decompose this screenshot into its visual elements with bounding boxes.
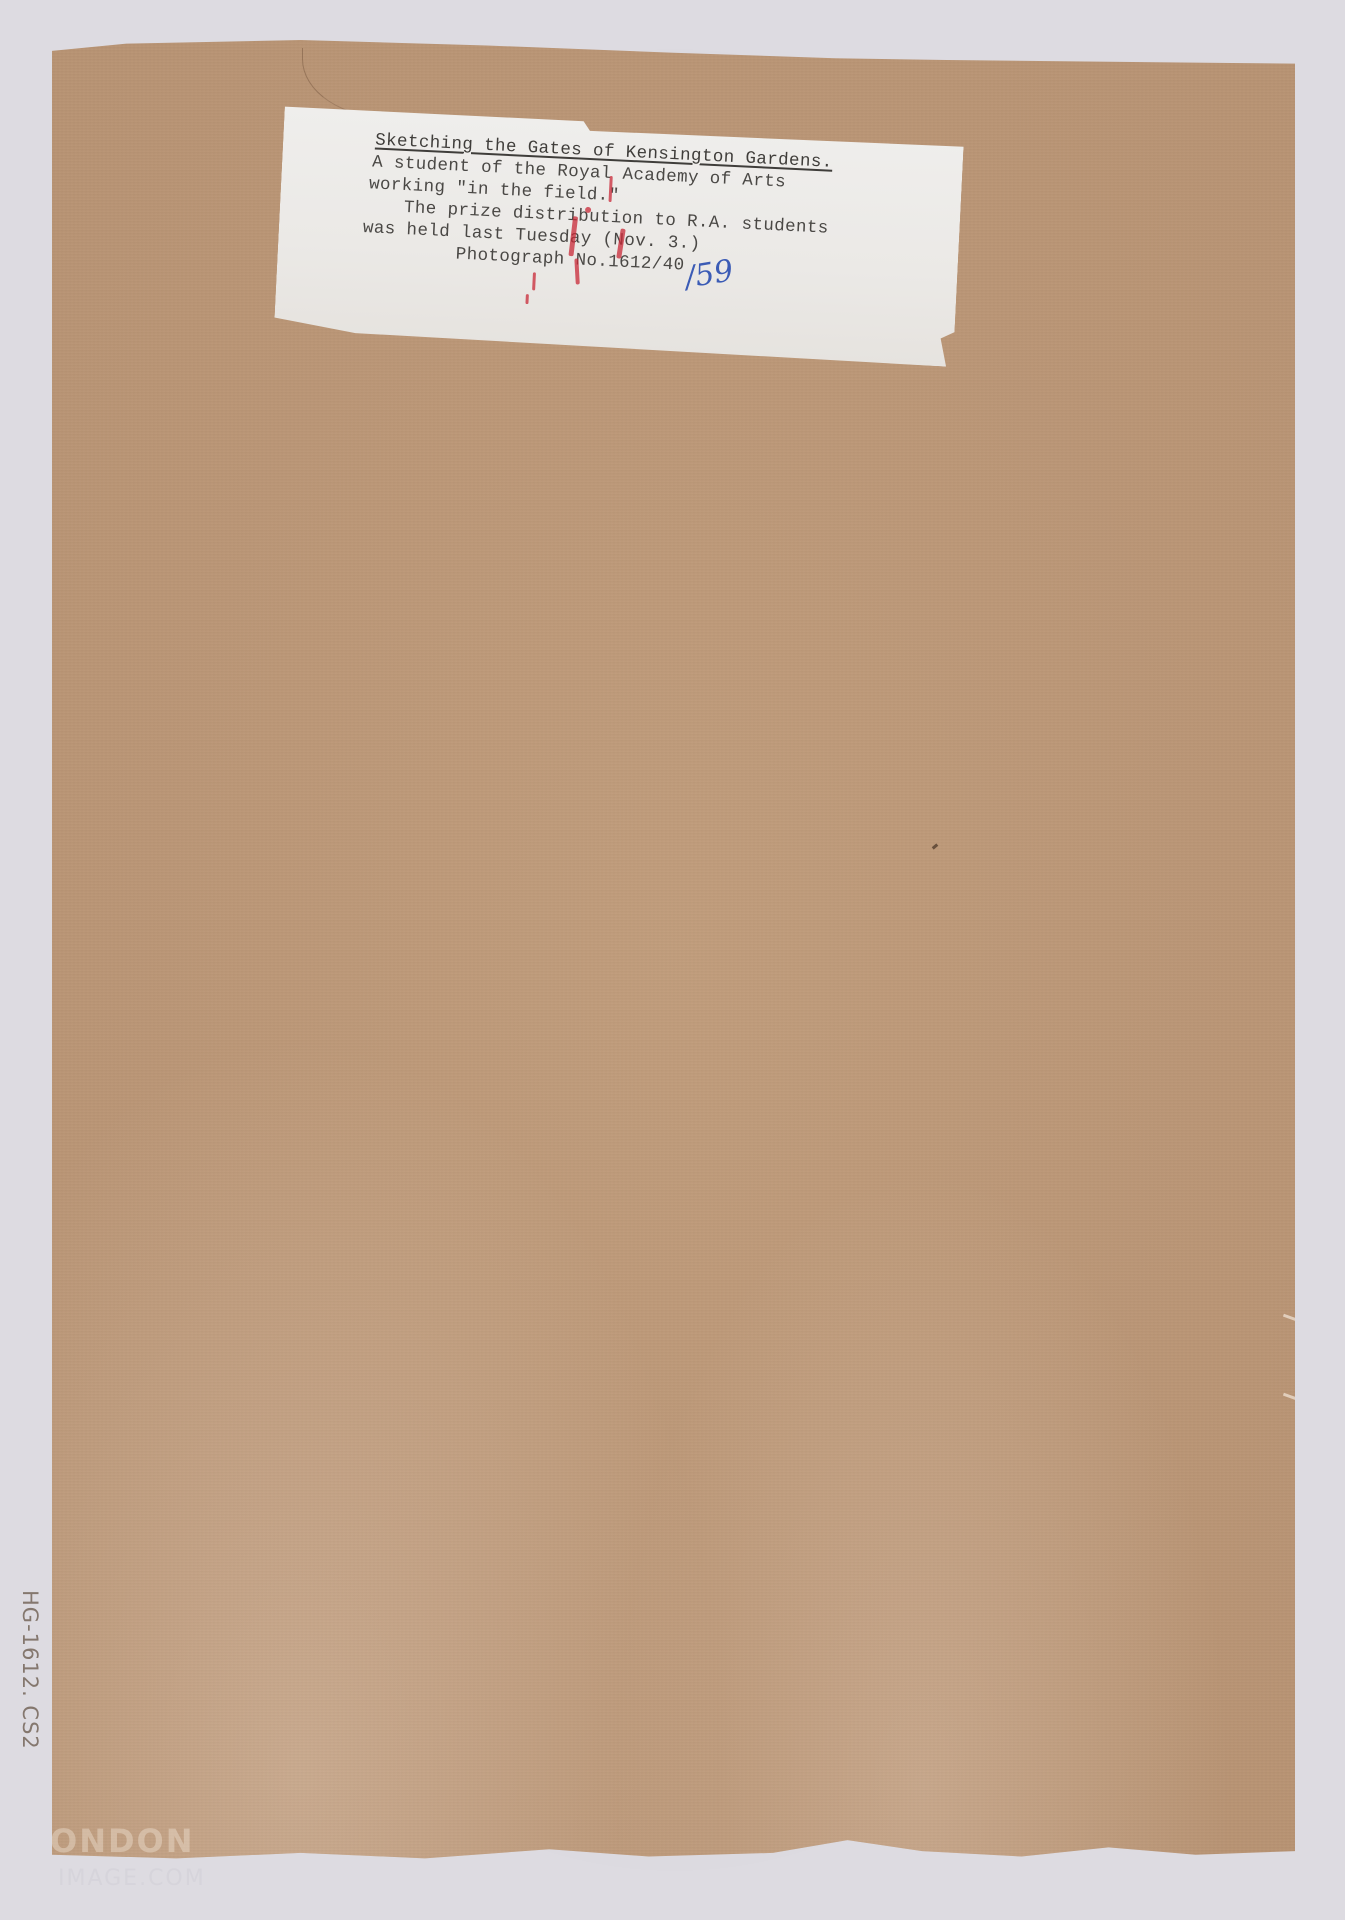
watermark-subtext: IMAGE.COM	[58, 1866, 206, 1891]
pencil-archive-inscription: HG-1612. CS2	[2, 1590, 42, 1790]
red-ink-mark	[525, 294, 528, 304]
paper-speck	[932, 843, 939, 849]
edge-nick	[1283, 1314, 1297, 1322]
edge-nick	[1283, 1393, 1297, 1401]
watermark-text: ONDON	[50, 1822, 195, 1860]
paper-crease	[302, 48, 433, 119]
